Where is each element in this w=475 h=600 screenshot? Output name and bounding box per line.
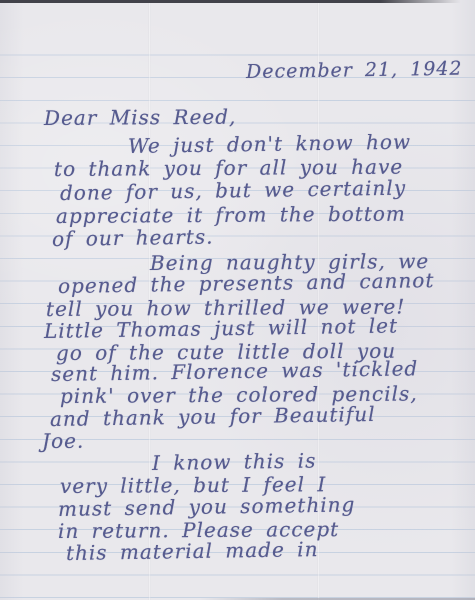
letter-line: done for us, but we certainly: [60, 176, 406, 205]
handwriting-layer: December 21, 1942 Dear Miss Reed, We jus…: [0, 0, 475, 600]
letter-line: of our hearts.: [52, 224, 214, 251]
letter-line: opened the presents and cannot: [58, 268, 435, 298]
letter-page: December 21, 1942 Dear Miss Reed, We jus…: [0, 0, 475, 600]
letter-line: this material made in: [66, 537, 319, 565]
letter-line: We just don't know how: [128, 130, 411, 158]
letter-line: Joe.: [42, 429, 84, 453]
letter-line: I know this is: [152, 448, 317, 475]
letter-line: appreciate it from the bottom: [56, 202, 406, 228]
date-line: December 21, 1942: [246, 57, 463, 84]
salutation: Dear Miss Reed,: [44, 105, 237, 130]
letter-line: and thank you for Beautiful: [50, 402, 376, 431]
